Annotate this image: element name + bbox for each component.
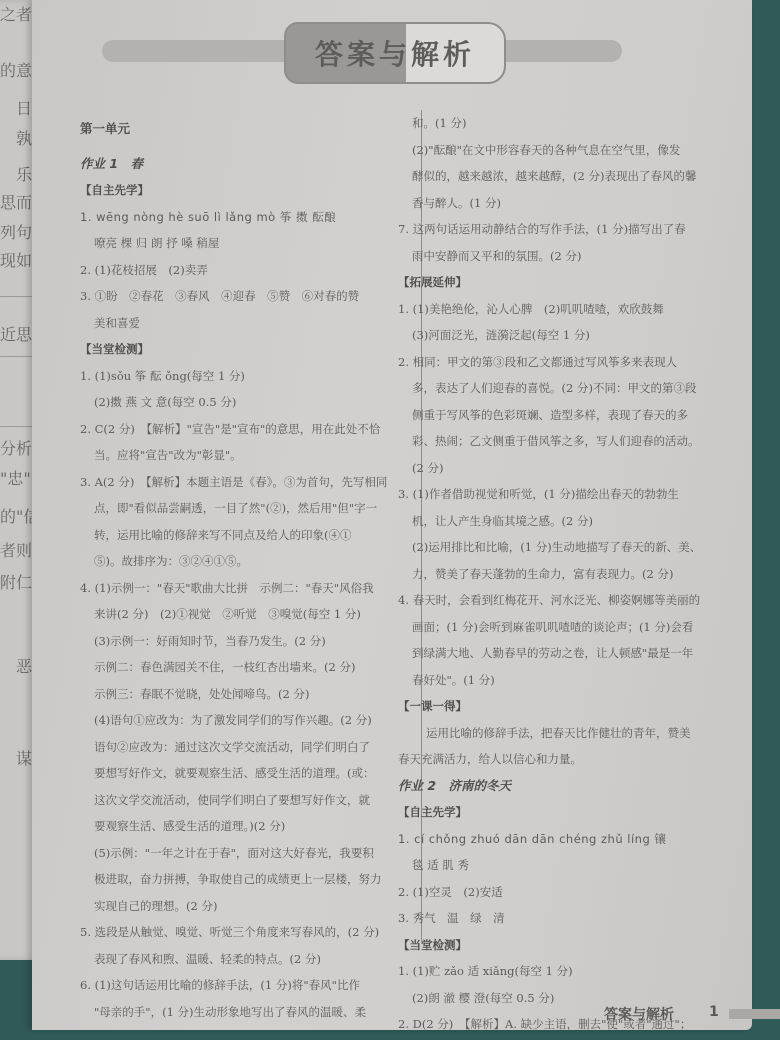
answer-line: 要观察生活、感受生活的道理。)(2 分) (80, 813, 390, 840)
answer-line: 力，赞美了春天蓬勃的生命力，富有表现力。(2 分) (398, 561, 710, 588)
answer-line: 春好处"。(1 分) (398, 667, 710, 694)
answer-line: 毯 适 肌 秀 (398, 852, 710, 879)
answer-line: "母亲的手"，(1 分)生动形象地写出了春风的温暖、柔 (80, 999, 390, 1026)
answer-line: 极进取，奋力拼搏，争取使自己的成绩更上一层楼，努力 (80, 866, 390, 893)
section-heading: 【当堂检测】 (398, 932, 710, 959)
answer-line: 转，运用比喻的修辞来写不同点及给人的印象(④① (80, 522, 390, 549)
answer-line: 酵似的，越来越浓，越来越醇，(2 分)表现出了春风的馨 (398, 163, 710, 190)
answer-line: 这次文学交流活动，使同学们明白了要想写好作文，就 (80, 787, 390, 814)
answer-line: 6. (1)这句话运用比喻的修辞手法，(1 分)将"春风"比作 (80, 972, 390, 999)
footer-label: 答案与解析 (604, 1004, 674, 1024)
page-number: 1 (709, 1004, 719, 1020)
answer-line: 嘹亮 棵 归 朗 抒 嗓 稍屋 (80, 230, 390, 257)
answer-line: 3. A(2 分) 【解析】本题主语是《春》。③为首句，先写相同 (80, 469, 390, 496)
answer-line: 1. wēng nòng hè suō lì lǎng mò 筝 擞 酝酿 (80, 204, 390, 231)
answer-line: 多，表达了人们迎春的喜悦。(2 分)不同：甲文的第③段 (398, 375, 710, 402)
assignment-heading: 作业 1 春 (80, 151, 390, 178)
answer-line: (2)"酝酿"在文中形容春天的各种气息在空气里，像发 (398, 137, 710, 164)
answer-line: 来讲(2 分) (2)①视觉 ②听觉 ③嗅觉(每空 1 分) (80, 601, 390, 628)
answer-line: 运用比喻的修辞手法，把春天比作健壮的青年，赞美 (398, 720, 710, 747)
answer-line: 彩、热闹；乙文侧重于借风筝之多，写人们迎春的活动。 (398, 428, 710, 455)
answer-line: 雨中安静而又平和的氛围。(2 分) (398, 243, 710, 270)
answer-line: 3. (1)作者借助视觉和听觉，(1 分)描绘出春天的勃勃生 (398, 481, 710, 508)
answer-line: 4. (1)示例一："春天"歌曲大比拼 示例二："春天"风俗我 (80, 575, 390, 602)
answer-line: 机，让人产生身临其境之感。(2 分) (398, 508, 710, 535)
answer-page: 答案与解析 第一单元作业 1 春【自主先学】1. wēng nòng hè su… (32, 0, 752, 1030)
section-heading: 【自主先学】 (80, 177, 390, 204)
answer-line: 1. cí chǒng zhuó dān dān chéng zhǔ líng … (398, 826, 710, 853)
answer-line: 1. (1)sǒu 筝 酝 ǒng(每空 1 分) (80, 363, 390, 390)
answer-line: 和。(1 分) (398, 110, 710, 137)
answer-line: (3)河面泛光，涟漪泛起(每空 1 分) (398, 322, 710, 349)
unit-heading: 第一单元 (80, 116, 390, 143)
answer-line: 表现了春风和煦、温暖、轻柔的特点。(2 分) (80, 946, 390, 973)
answer-line: 侧重于写风筝的色彩斑斓、造型多样，表现了春天的多 (398, 402, 710, 429)
answer-line: 7. 这两句话运用动静结合的写作手法，(1 分)描写出了春 (398, 216, 710, 243)
answer-line: 4. 春天时，会看到红梅花开、河水泛光、柳姿婀娜等美丽的 (398, 587, 710, 614)
answer-line: 3. 秀气 温 绿 清 (398, 905, 710, 932)
answer-line: (5)示例："一年之计在于春"，面对这大好春光，我要积 (80, 840, 390, 867)
answer-line: 1. (1)美艳绝伦，沁人心脾 (2)叽叽喳喳，欢欣鼓舞 (398, 296, 710, 323)
answer-line: 2. (1)空灵 (2)安适 (398, 879, 710, 906)
footer-bar (729, 1009, 780, 1019)
left-column: 第一单元作业 1 春【自主先学】1. wēng nòng hè suō lì l… (80, 110, 390, 1025)
answer-line: 画面；(1 分)会听到麻雀叽叽喳喳的谈论声；(1 分)会看 (398, 614, 710, 641)
answer-line: 实现自己的理想。(2 分) (80, 893, 390, 920)
right-column: 和。(1 分)(2)"酝酿"在文中形容春天的各种气息在空气里，像发酵似的，越来越… (398, 110, 710, 1038)
answer-line: ⑤)。故排序为：③②④①⑤。 (80, 548, 390, 575)
assignment-heading: 作业 2 济南的冬天 (398, 773, 710, 800)
answer-line: 要想写好作文，就要观察生活、感受生活的道理。(或： (80, 760, 390, 787)
answer-line: (4)语句①应改为：为了激发同学们的写作兴趣。(2 分) (80, 707, 390, 734)
answer-line: 当。应将"宣告"改为"彰显"。 (80, 442, 390, 469)
answer-line: 示例三：春眠不觉晓，处处闻啼鸟。(2 分) (80, 681, 390, 708)
answer-line: 2. 相同：甲文的第③段和乙文都通过写风筝多来表现人 (398, 349, 710, 376)
answer-line: 语句②应改为：通过这次文学交流活动，同学们明白了 (80, 734, 390, 761)
answer-line: 示例二：春色满园关不住，一枝红杏出墙来。(2 分) (80, 654, 390, 681)
section-heading: 【当堂检测】 (80, 336, 390, 363)
answer-line: 点，即"看似品尝嗣透，一目了然"(②)，然后用"但"字一 (80, 495, 390, 522)
answer-line: 3. ①盼 ②春花 ③春风 ④迎春 ⑤赞 ⑥对春的赞 (80, 283, 390, 310)
answer-line: 美和喜爱 (80, 310, 390, 337)
answer-line: 香与醉人。(1 分) (398, 190, 710, 217)
answer-line: 到绿满大地、人勤春早的劳动之卷，让人顿感"最是一年 (398, 640, 710, 667)
answer-line: 1. (1)贮 zǎo 适 xiǎng(每空 1 分) (398, 958, 710, 985)
answer-line: (3)示例一：好雨知时节，当春乃发生。(2 分) (80, 628, 390, 655)
answer-line: 春天充满活力，给人以信心和力量。 (398, 746, 710, 773)
section-heading: 【拓展延伸】 (398, 269, 710, 296)
answer-line: (2)擞 燕 文 意(每空 0.5 分) (80, 389, 390, 416)
page-title: 答案与解析 (284, 22, 506, 84)
answer-line: 2. C(2 分) 【解析】"宣告"是"宣布"的意思，用在此处不恰 (80, 416, 390, 443)
section-heading: 【自主先学】 (398, 799, 710, 826)
section-heading: 【一课一得】 (398, 693, 710, 720)
answer-line: (2)运用排比和比喻，(1 分)生动地描写了春天的新、美、 (398, 534, 710, 561)
answer-line: (2 分) (398, 455, 710, 482)
answer-line: 2. (1)花枝招展 (2)卖弄 (80, 257, 390, 284)
answer-line: 5. 选段是从触觉、嗅觉、听觉三个角度来写春风的，(2 分) (80, 919, 390, 946)
